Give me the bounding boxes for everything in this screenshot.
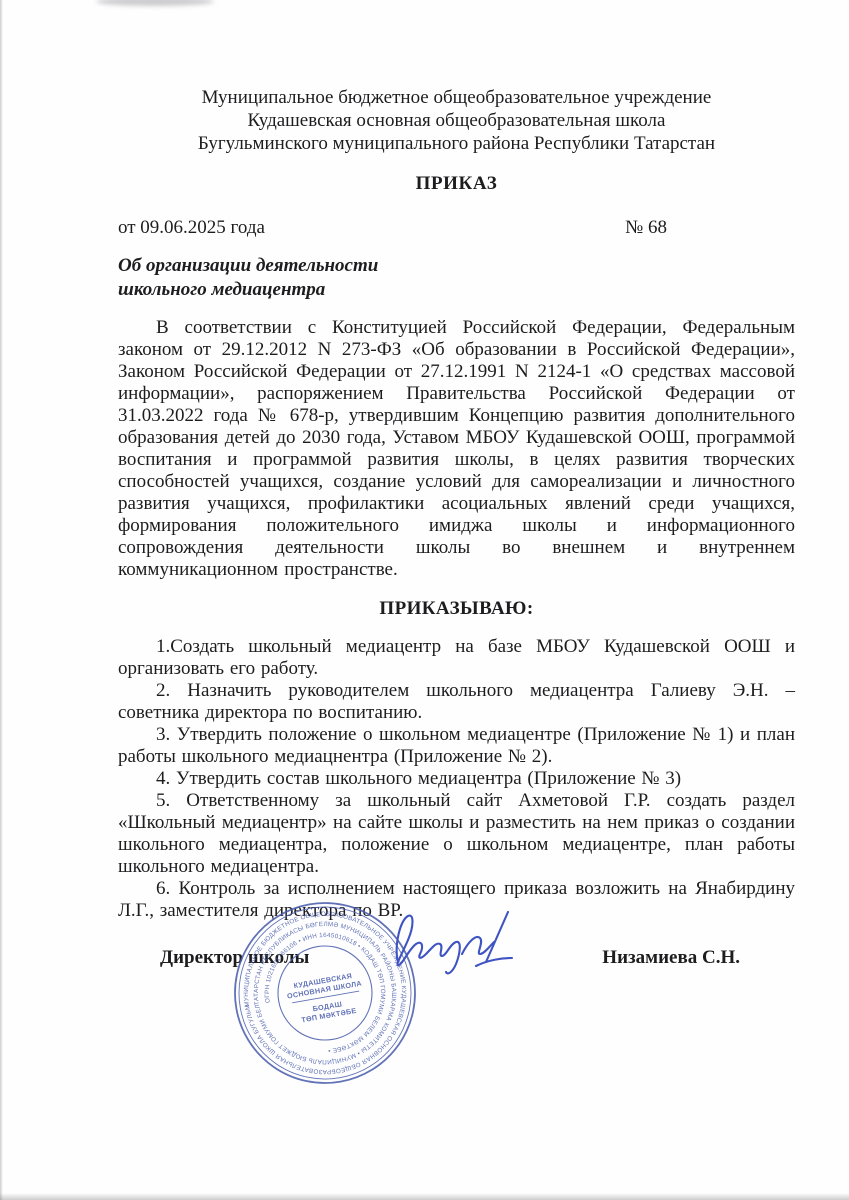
autograph-stroke-4 — [476, 958, 512, 966]
order-item-4: 4. Утвердить состав школьного медиацентр… — [118, 768, 795, 790]
org-name-line2: Кудашевская основная общеобразовательная… — [118, 109, 795, 132]
signature-autograph — [368, 898, 538, 988]
scan-edge-bottom — [0, 1193, 849, 1200]
signer-name: Низамиева С.Н. — [602, 946, 740, 969]
org-name-line1: Муниципальное бюджетное общеобразователь… — [118, 86, 795, 109]
org-name-line3: Бугульминского муниципального района Рес… — [118, 132, 795, 155]
doc-subject: Об организации деятельности школьного ме… — [118, 254, 795, 302]
order-word: ПРИКАЗЫВАЮ: — [118, 597, 795, 620]
subject-line2: школьного медиацентра — [118, 278, 795, 302]
order-items: 1.Создать школьный медиацентр на базе МБ… — [118, 636, 795, 922]
doc-title: ПРИКАЗ — [118, 172, 795, 195]
order-item-5: 5. Ответственному за школьный сайт Ахмет… — [118, 790, 795, 878]
text-column: Муниципальное бюджетное общеобразователь… — [0, 0, 849, 922]
doc-date: от 09.06.2025 года — [118, 216, 265, 239]
subject-line1: Об организации деятельности — [118, 254, 795, 278]
scan-edge-left — [0, 0, 3, 1200]
date-number-row: от 09.06.2025 года № 68 — [118, 216, 795, 239]
autograph-stroke-2 — [462, 937, 494, 954]
order-item-1: 1.Создать школьный медиацентр на базе МБ… — [118, 636, 795, 680]
document-page: Муниципальное бюджетное общеобразователь… — [0, 0, 849, 1200]
org-header: Муниципальное бюджетное общеобразователь… — [118, 86, 795, 155]
doc-number: № 68 — [625, 216, 667, 239]
autograph-stroke-1 — [397, 916, 460, 974]
preamble-paragraph: В соответствии с Конституцией Российской… — [118, 317, 795, 581]
autograph-stroke-3 — [486, 912, 508, 962]
order-item-2: 2. Назначить руководителем школьного мед… — [118, 680, 795, 724]
order-item-3: 3. Утвердить положение о школьном медиац… — [118, 724, 795, 768]
